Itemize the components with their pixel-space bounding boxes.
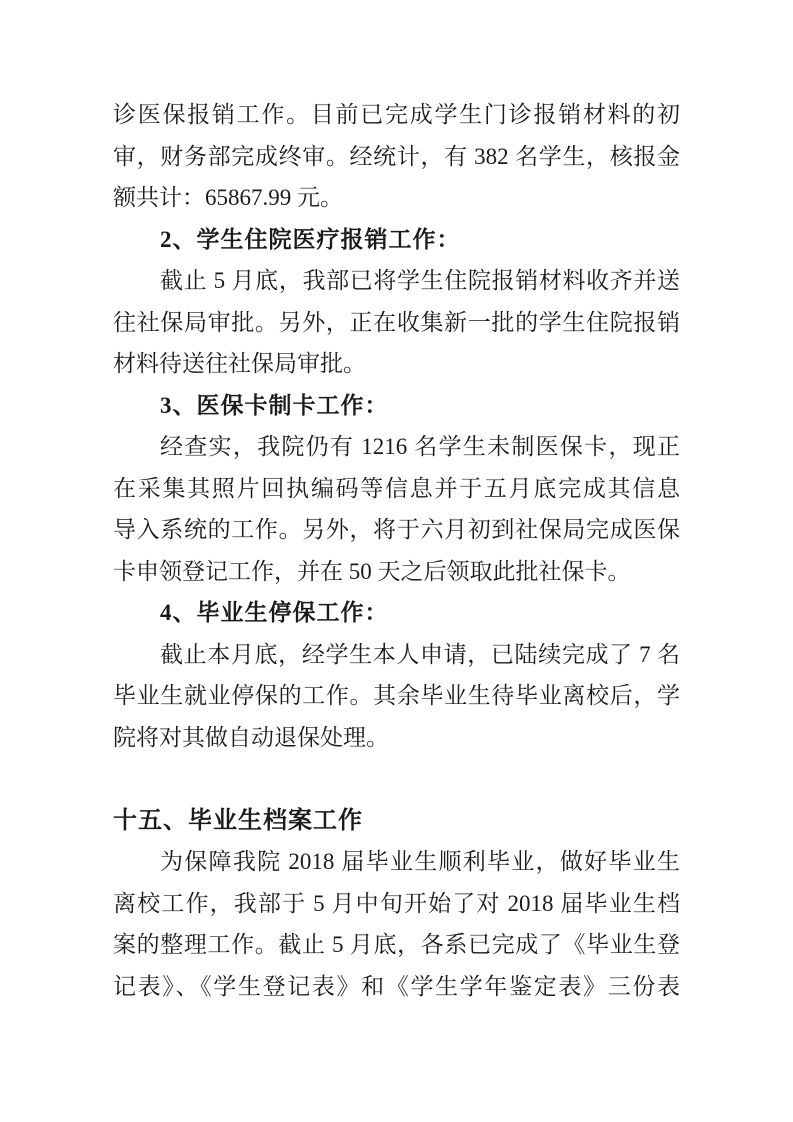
paragraph-line: 案的整理工作。截止 5 月底，各系已完成了《毕业生登 (113, 924, 680, 966)
document-page: 诊医保报销工作。目前已完成学生门诊报销材料的初 审，财务部完成终审。经统计，有 … (0, 0, 793, 1122)
paragraph-line: 院将对其做自动退保处理。 (113, 717, 680, 759)
subsection-heading-3: 3、医保卡制卡工作： (113, 385, 680, 427)
paragraph-line: 离校工作，我部于 5 月中旬开始了对 2018 届毕业生档 (113, 883, 680, 925)
section-heading-15: 十五、毕业生档案工作 (113, 800, 680, 842)
paragraph-line: 往社保局审批。另外，正在收集新一批的学生住院报销 (113, 302, 680, 344)
subsection-heading-2: 2、学生住院医疗报销工作： (113, 219, 680, 261)
paragraph-line: 为保障我院 2018 届毕业生顺利毕业，做好毕业生 (113, 841, 680, 883)
paragraph-line: 额共计：65867.99 元。 (113, 177, 680, 219)
paragraph-line: 审，财务部完成终审。经统计，有 382 名学生，核报金 (113, 136, 680, 178)
paragraph-line: 毕业生就业停保的工作。其余毕业生待毕业离校后，学 (113, 675, 680, 717)
paragraph-line: 截止 5 月底，我部已将学生住院报销材料收齐并送 (113, 260, 680, 302)
paragraph-line: 诊医保报销工作。目前已完成学生门诊报销材料的初 (113, 94, 680, 136)
subsection-heading-4: 4、毕业生停保工作： (113, 592, 680, 634)
paragraph-line: 材料待送往社保局审批。 (113, 343, 680, 385)
document-text-block: 诊医保报销工作。目前已完成学生门诊报销材料的初 审，财务部完成终审。经统计，有 … (113, 94, 680, 1007)
paragraph-line: 在采集其照片回执编码等信息并于五月底完成其信息 (113, 468, 680, 510)
paragraph-line: 截止本月底，经学生本人申请，已陆续完成了 7 名 (113, 634, 680, 676)
paragraph-line: 导入系统的工作。另外，将于六月初到社保局完成医保 (113, 509, 680, 551)
paragraph-line: 记表》、《学生登记表》和《学生学年鉴定表》三份表 (113, 966, 680, 1008)
paragraph-line: 卡申领登记工作，并在 50 天之后领取此批社保卡。 (113, 551, 680, 593)
paragraph-line: 经查实，我院仍有 1216 名学生未制医保卡，现正 (113, 426, 680, 468)
